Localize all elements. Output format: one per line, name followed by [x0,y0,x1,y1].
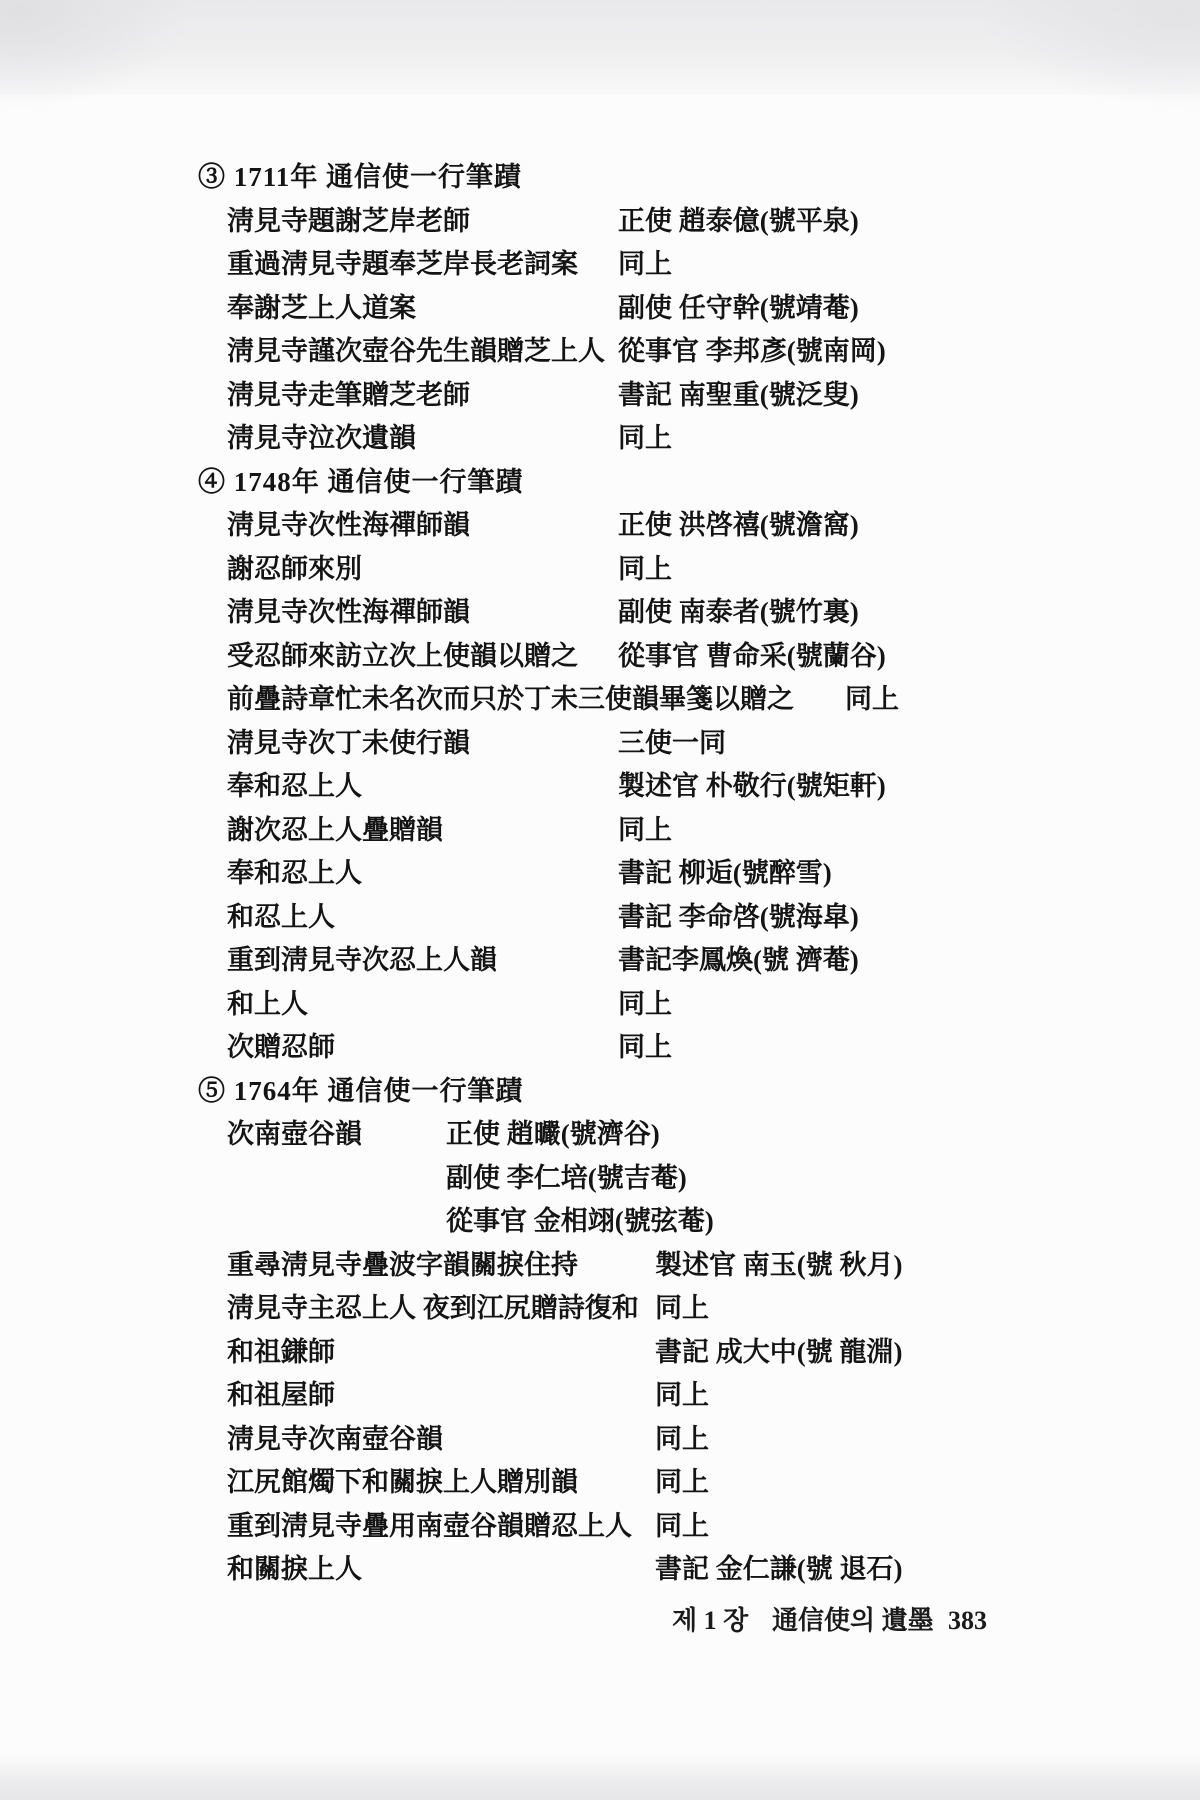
author-label: 同上 [655,1465,709,1499]
author-label: 同上 [618,421,672,455]
entry-row: 謝忍師來別同上 [0,552,1200,592]
entry-row: 重到淸見寺次忍上人韻書記李鳳煥(號 濟菴) [0,943,1200,983]
work-title: 淸見寺走筆贈芝老師 [227,378,470,412]
entry-row: 前疊詩章忙未名次而只於丁未三使韻畢箋以贈之同上 [0,682,1200,722]
work-title: 江尻館燭下和關捩上人贈別韻 [227,1465,578,1499]
entry-row: 奉和忍上人書記 柳逅(號醉雪) [0,856,1200,896]
author-label: 書記李鳳煥(號 濟菴) [618,943,859,977]
author-label: 書記 金仁謙(號 退石) [655,1552,902,1586]
work-title: 淸見寺題謝芝岸老師 [227,204,470,238]
author-label: 從事官 金相翊(號弦菴) [446,1204,714,1238]
work-title: 謝忍師來別 [227,552,362,586]
work-title: 淸見寺次性海禪師韻 [227,508,470,542]
section-header-text: ④ 1748年 通信使一行筆蹟 [198,465,524,499]
entry-row: 江尻館燭下和關捩上人贈別韻同上 [0,1465,1200,1505]
section-header: ⑤ 1764年 通信使一行筆蹟 [0,1074,1200,1114]
author-label: 書記 南聖重(號泛叟) [618,378,859,412]
work-title: 淸見寺次南壺谷韻 [227,1422,443,1456]
entry-row: 和關捩上人書記 金仁謙(號 退石) [0,1552,1200,1592]
entry-list: ③ 1711年 通信使一行筆蹟淸見寺題謝芝岸老師正使 趙泰億(號平泉)重過淸見寺… [0,0,1200,1800]
entry-row: 和祖屋師同上 [0,1378,1200,1418]
work-title: 次南壺谷韻 [227,1117,362,1151]
work-title: 重到淸見寺疊用南壺谷韻贈忍上人 [227,1509,632,1543]
work-title: 和祖鎌師 [227,1335,335,1369]
work-title: 奉謝芝上人道案 [227,291,416,325]
entry-row: 淸見寺走筆贈芝老師書記 南聖重(號泛叟) [0,378,1200,418]
work-title: 重尋淸見寺疊波字韻關捩住持 [227,1248,578,1282]
work-title: 和關捩上人 [227,1552,362,1586]
section-header-text: ⑤ 1764年 通信使一行筆蹟 [198,1074,524,1108]
entry-row: 和上人同上 [0,987,1200,1027]
work-title: 謝次忍上人疊贈韻 [227,813,443,847]
entry-row: 謝次忍上人疊贈韻同上 [0,813,1200,853]
work-title: 淸見寺泣次遺韻 [227,421,416,455]
entry-row: 淸見寺謹次壺谷先生韻贈芝上人從事官 李邦彥(號南岡) [0,334,1200,374]
author-label: 製述官 朴敬行(號矩軒) [618,769,886,803]
section-header: ④ 1748年 通信使一行筆蹟 [0,465,1200,505]
work-title: 重過淸見寺題奉芝岸長老詞案 [227,247,578,281]
author-label: 副使 任守幹(號靖菴) [618,291,859,325]
author-label: 同上 [655,1378,709,1412]
entry-row: 副使 李仁培(號吉菴) [0,1161,1200,1201]
footer-chapter-label: 제 1 장 [672,1604,748,1638]
author-label: 同上 [618,813,672,847]
work-title: 次贈忍師 [227,1030,335,1064]
author-label: 正使 趙曮(號濟谷) [446,1117,660,1151]
work-title: 前疊詩章忙未名次而只於丁未三使韻畢箋以贈之 [227,682,794,716]
work-title: 和上人 [227,987,308,1021]
work-title: 和忍上人 [227,900,335,934]
author-label: 副使 南泰者(號竹裏) [618,595,859,629]
scanned-book-page: ③ 1711年 通信使一行筆蹟淸見寺題謝芝岸老師正使 趙泰億(號平泉)重過淸見寺… [0,0,1200,1800]
entry-row: 次贈忍師同上 [0,1030,1200,1070]
author-label: 製述官 南玉(號 秋月) [655,1248,902,1282]
footer-page-number: 383 [948,1604,987,1638]
entry-row: 奉和忍上人製述官 朴敬行(號矩軒) [0,769,1200,809]
work-title: 奉和忍上人 [227,769,362,803]
entry-row: 奉謝芝上人道案副使 任守幹(號靖菴) [0,291,1200,331]
author-label: 正使 洪啓禧(號澹窩) [618,508,859,542]
entry-row: 重過淸見寺題奉芝岸長老詞案同上 [0,247,1200,287]
author-label: 同上 [618,1030,672,1064]
work-title: 受忍師來訪立次上使韻以贈之 [227,639,578,673]
entry-row: 淸見寺次性海禪師韻正使 洪啓禧(號澹窩) [0,508,1200,548]
section-header: ③ 1711年 通信使一行筆蹟 [0,160,1200,200]
page-footer: 제 1 장 通信使의 遺墨 383 [0,1604,1200,1644]
author-label: 三使一同 [618,726,726,760]
entry-row: 受忍師來訪立次上使韻以贈之從事官 曹命采(號蘭谷) [0,639,1200,679]
author-label: 同上 [845,682,899,716]
work-title: 淸見寺主忍上人 夜到江尻贈詩復和 [227,1291,639,1325]
work-title: 淸見寺謹次壺谷先生韻贈芝上人 [227,334,605,368]
author-label: 書記 成大中(號 龍淵) [655,1335,902,1369]
author-label: 同上 [655,1291,709,1325]
entry-row: 重到淸見寺疊用南壺谷韻贈忍上人同上 [0,1509,1200,1549]
entry-row: 淸見寺次南壺谷韻同上 [0,1422,1200,1462]
author-label: 副使 李仁培(號吉菴) [446,1161,687,1195]
author-label: 同上 [655,1422,709,1456]
work-title: 奉和忍上人 [227,856,362,890]
author-label: 從事官 曹命采(號蘭谷) [618,639,886,673]
author-label: 同上 [618,552,672,586]
entry-row: 淸見寺次丁未使行韻三使一同 [0,726,1200,766]
entry-row: 淸見寺次性海禪師韻副使 南泰者(號竹裏) [0,595,1200,635]
work-title: 淸見寺次丁未使行韻 [227,726,470,760]
entry-row: 和祖鎌師書記 成大中(號 龍淵) [0,1335,1200,1375]
author-label: 從事官 李邦彥(號南岡) [618,334,886,368]
entry-row: 淸見寺題謝芝岸老師正使 趙泰億(號平泉) [0,204,1200,244]
entry-row: 次南壺谷韻正使 趙曮(號濟谷) [0,1117,1200,1157]
entry-row: 淸見寺主忍上人 夜到江尻贈詩復和同上 [0,1291,1200,1331]
entry-row: 淸見寺泣次遺韻同上 [0,421,1200,461]
work-title: 重到淸見寺次忍上人韻 [227,943,497,977]
footer-book-title: 通信使의 遺墨 [772,1604,934,1638]
entry-row: 重尋淸見寺疊波字韻關捩住持製述官 南玉(號 秋月) [0,1248,1200,1288]
entry-row: 從事官 金相翊(號弦菴) [0,1204,1200,1244]
author-label: 同上 [618,247,672,281]
author-label: 正使 趙泰億(號平泉) [618,204,859,238]
author-label: 同上 [618,987,672,1021]
author-label: 同上 [655,1509,709,1543]
author-label: 書記 李命啓(號海皐) [618,900,859,934]
author-label: 書記 柳逅(號醉雪) [618,856,832,890]
work-title: 和祖屋師 [227,1378,335,1412]
section-header-text: ③ 1711年 通信使一行筆蹟 [198,160,522,194]
entry-row: 和忍上人書記 李命啓(號海皐) [0,900,1200,940]
work-title: 淸見寺次性海禪師韻 [227,595,470,629]
